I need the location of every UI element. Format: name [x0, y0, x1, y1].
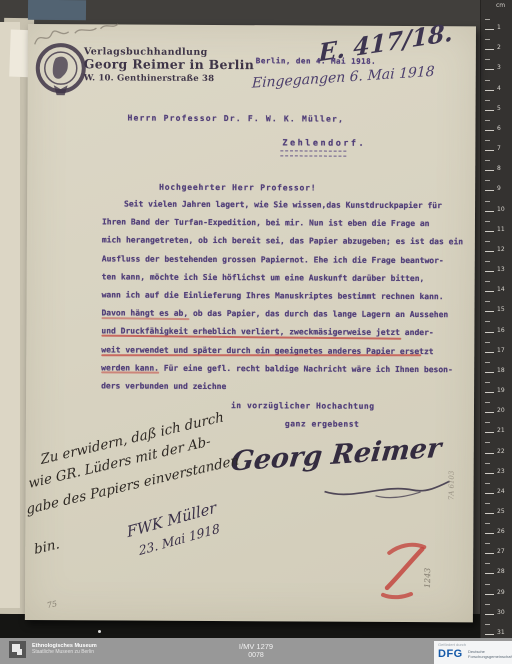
ruler-tick — [485, 543, 490, 544]
ruler-tick — [485, 382, 490, 383]
ruler-number: 26 — [497, 529, 505, 535]
ruler-tick — [485, 251, 494, 252]
ruler-number: 3 — [497, 65, 501, 71]
ruler-number: 8 — [497, 166, 501, 172]
body-line: weit verwendet und später durch ein geei… — [101, 341, 473, 361]
ruler-number: 31 — [497, 630, 505, 636]
ruler-tick — [485, 59, 490, 60]
ruler-tick — [485, 29, 494, 30]
ruler-tick — [485, 573, 494, 574]
body-line: ten kann, möchte ich Sie höflichst um ei… — [102, 268, 474, 288]
ruler-tick — [485, 473, 494, 474]
ruler-tick — [485, 523, 490, 524]
ruler-tick — [485, 563, 490, 564]
ruler-number: 2 — [497, 45, 501, 51]
ruler-tick — [485, 39, 490, 40]
ruler-tick — [485, 190, 494, 191]
ruler-number: 11 — [497, 227, 505, 233]
ruler-number: 9 — [497, 186, 501, 192]
pencil-number-vertical: 1243 — [423, 568, 432, 588]
received-annotation: Eingegangen 6. Mai 1918 — [252, 64, 435, 92]
ruler-tick — [485, 261, 490, 262]
ruler-number: 1 — [497, 25, 501, 31]
letterhead-name: Georg Reimer in Berlin — [84, 57, 254, 72]
letterhead-address: W. 10. Genthinerstraße 38 — [84, 73, 215, 84]
ruler-number: 7 — [497, 146, 501, 152]
dfg-full-name: Deutsche Forschungsgemeinschaft — [468, 650, 512, 659]
ruler-tick — [485, 170, 494, 171]
ruler-tick — [485, 80, 490, 81]
ruler-number: 21 — [497, 428, 505, 434]
ruler-tick — [485, 311, 494, 312]
ruler-tick — [485, 241, 490, 242]
ruler-unit-label: cm — [496, 2, 505, 9]
closing-devoted: ganz ergebenst — [285, 419, 359, 428]
ruler-number: 19 — [497, 388, 505, 394]
body-line: und Druckfähigkeit erheblich verliert, z… — [101, 323, 473, 343]
ruler-tick — [485, 513, 494, 514]
ruler-tick — [485, 533, 494, 534]
addressee-line: Herrn Professor Dr. F. W. K. Müller, — [127, 114, 344, 124]
letter-sheet: Verlagsbuchhandlung Georg Reimer in Berl… — [25, 24, 476, 622]
underlying-page-edge — [0, 22, 20, 608]
ruler-tick — [485, 634, 494, 635]
ruler-tick — [485, 402, 490, 403]
letter-body: Seit vielen Jahren lagert, wie Sie wisse… — [101, 195, 474, 397]
ruler-number: 15 — [497, 307, 505, 313]
ruler-number: 4 — [497, 86, 501, 92]
body-line: Davon hängt es ab, ob das Papier, das du… — [101, 305, 473, 325]
ruler-number: 10 — [497, 207, 505, 213]
ruler-tick — [485, 432, 494, 433]
ruler-number: 14 — [497, 287, 505, 293]
red-underline — [101, 371, 159, 373]
ruler-tick — [485, 130, 494, 131]
body-line: wann ich auf die Einlieferung Ihres Manu… — [102, 286, 474, 306]
ruler-tick — [485, 463, 490, 464]
addressee-place: Zehlendorf. — [282, 138, 366, 148]
ruler-tick — [485, 362, 490, 363]
ruler-tick — [485, 332, 494, 333]
ruler-tick — [485, 160, 490, 161]
ruler-tick — [485, 553, 494, 554]
ruler-tick — [485, 614, 494, 615]
body-line: Seit vielen Jahren lagert, wie Sie wisse… — [102, 195, 474, 215]
red-underline — [101, 354, 421, 356]
ruler-tick — [485, 90, 494, 91]
ruler-number: 30 — [497, 610, 505, 616]
ruler-tick — [485, 140, 490, 141]
ruler-tick — [485, 594, 494, 595]
dfg-acronym: DFG — [438, 648, 463, 660]
ruler-tick — [485, 180, 490, 181]
dfg-logo: Gefördert durch DFG Deutsche Forschungsg… — [434, 641, 512, 664]
scan-viewer: cm 1234567891011121314151617181920212223… — [0, 0, 512, 664]
ruler-tick — [485, 321, 490, 322]
ruler-number: 25 — [497, 509, 505, 515]
ruler-tick — [485, 231, 494, 232]
pencil-number-bottom-left: 75 — [46, 599, 58, 610]
ruler-tick — [485, 372, 494, 373]
funding-label: Gefördert durch — [438, 642, 466, 647]
ruler-tick — [485, 120, 490, 121]
ruler-tick — [485, 69, 494, 70]
ruler-tick — [485, 342, 490, 343]
body-line: mich herangetreten, ob ich bereit sei, d… — [102, 232, 474, 252]
ruler-number: 12 — [497, 247, 505, 253]
ruler-number: 20 — [497, 408, 505, 414]
ruler-number: 6 — [497, 126, 501, 132]
ruler-tick — [485, 291, 494, 292]
place-underline — [280, 150, 346, 156]
ruler-tick — [485, 483, 490, 484]
ruler-tick — [485, 100, 490, 101]
ruler-number: 17 — [497, 348, 505, 354]
closing-formal: in vorzüglicher Hochachtung — [231, 401, 375, 411]
ruler-number: 16 — [497, 328, 505, 334]
cm-ruler: cm 1234567891011121314151617181920212223… — [480, 0, 512, 638]
salutation: Hochgeehrter Herr Professor! — [159, 183, 316, 193]
ruler-tick — [485, 604, 490, 605]
ruler-tick — [485, 352, 494, 353]
ruler-number: 29 — [497, 590, 505, 596]
body-line: ders verbunden und zeichne — [101, 377, 473, 397]
ruler-tick — [485, 624, 490, 625]
ruler-tick — [485, 301, 490, 302]
ruler-tick — [485, 221, 490, 222]
ruler-number: 13 — [497, 267, 505, 273]
ruler-number: 22 — [497, 449, 505, 455]
ruler-tick — [485, 49, 494, 50]
ruler-tick — [485, 150, 494, 151]
ruler-tick — [485, 493, 494, 494]
ruler-number: 28 — [497, 569, 505, 575]
ruler-number: 23 — [497, 469, 505, 475]
body-line: werden kann. Für eine gefl. recht baldig… — [101, 359, 473, 379]
ruler-tick — [485, 201, 490, 202]
ruler-tick — [485, 453, 494, 454]
ruler-tick — [485, 442, 490, 443]
ruler-tick — [485, 110, 494, 111]
ruler-number: 5 — [497, 106, 501, 112]
ruler-tick — [485, 211, 494, 212]
signature-flourish — [320, 474, 455, 505]
archive-footer-bar: Ethnologisches Museum Staatliche Museen … — [0, 638, 512, 664]
blue-card-edge — [28, 0, 86, 20]
ruler-tick — [485, 392, 494, 393]
pencil-number-edge: 7A 6103 — [448, 471, 456, 501]
body-line: Ausfluss der bestehenden grossen Papiern… — [102, 250, 474, 270]
ruler-tick — [485, 271, 494, 272]
ruler-number: 27 — [497, 549, 505, 555]
dateline: Berlin, den 4. Mai 1918. — [256, 56, 376, 66]
body-line: Ihren Band der Turfan-Expedition, bei mi… — [102, 214, 474, 234]
sender-signature: Georg Reimer — [229, 433, 443, 478]
ruler-number: 24 — [497, 489, 505, 495]
marginal-note-line: bin. — [33, 536, 60, 558]
ruler-tick — [485, 422, 490, 423]
ruler-tick — [485, 503, 490, 504]
ruler-tick — [485, 412, 494, 413]
ruler-number: 18 — [497, 368, 505, 374]
ruler-tick — [485, 281, 490, 282]
ruler-tick — [485, 19, 490, 20]
ruler-tick — [485, 584, 490, 585]
publisher-emblem-icon — [34, 41, 88, 101]
dust-speck — [98, 630, 101, 633]
